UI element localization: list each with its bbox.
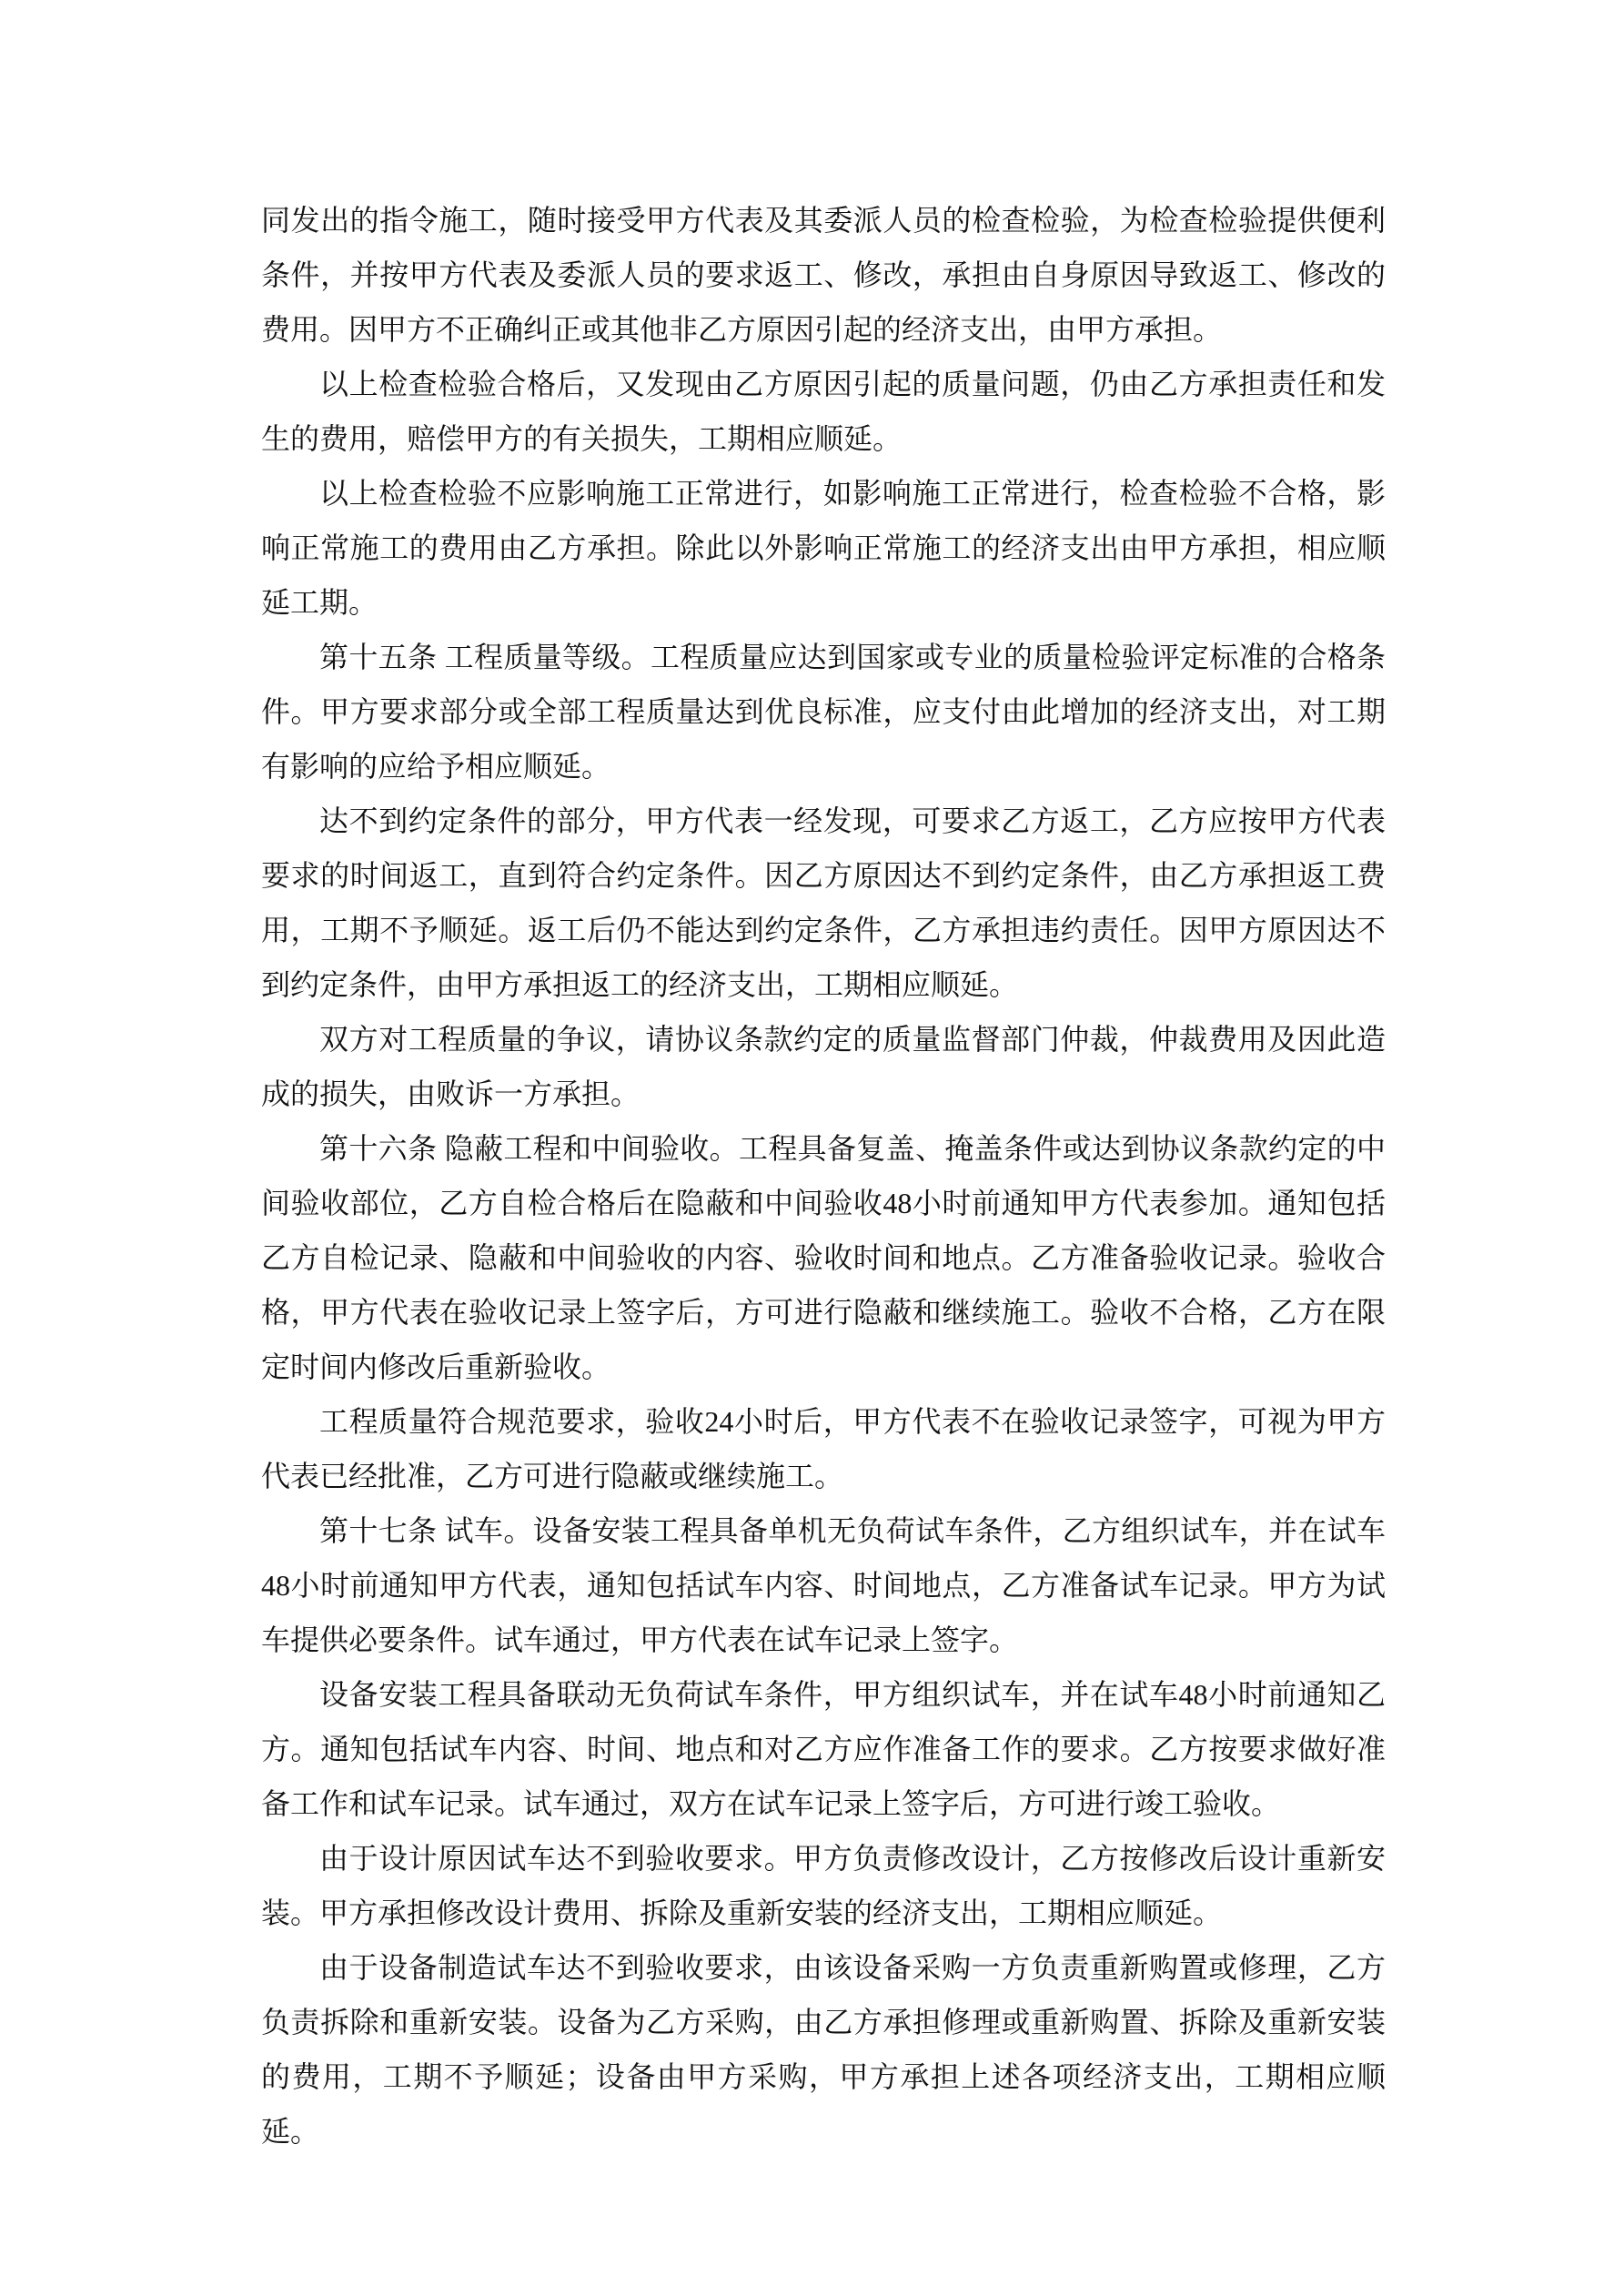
paragraph: 由于设计原因试车达不到验收要求。甲方负责修改设计，乙方按修改后设计重新安装。甲方… [261, 1831, 1386, 1940]
paragraph: 以上检查检验不应影响施工正常进行，如影响施工正常进行，检查检验不合格，影响正常施… [261, 466, 1386, 630]
paragraph: 由于设备制造试车达不到验收要求，由该设备采购一方负责重新购置或修理，乙方负责拆除… [261, 1940, 1386, 2159]
document-body: 同发出的指令施工，随时接受甲方代表及其委派人员的检查检验，为检查检验提供便利条件… [261, 193, 1386, 2159]
paragraph: 第十五条 工程质量等级。工程质量应达到国家或专业的质量检验评定标准的合格条件。甲… [261, 630, 1386, 794]
paragraph: 双方对工程质量的争议，请协议条款约定的质量监督部门仲裁，仲裁费用及因此造成的损失… [261, 1012, 1386, 1121]
paragraph: 以上检查检验合格后，又发现由乙方原因引起的质量问题，仍由乙方承担责任和发生的费用… [261, 357, 1386, 466]
paragraph: 第十六条 隐蔽工程和中间验收。工程具备复盖、掩盖条件或达到协议条款约定的中间验收… [261, 1121, 1386, 1394]
paragraph: 工程质量符合规范要求，验收24小时后，甲方代表不在验收记录签字，可视为甲方代表已… [261, 1394, 1386, 1503]
document-page: 同发出的指令施工，随时接受甲方代表及其委派人员的检查检验，为检查检验提供便利条件… [0, 0, 1624, 2296]
paragraph: 达不到约定条件的部分，甲方代表一经发现，可要求乙方返工，乙方应按甲方代表要求的时… [261, 794, 1386, 1012]
paragraph: 设备安装工程具备联动无负荷试车条件，甲方组织试车，并在试车48小时前通知乙方。通… [261, 1667, 1386, 1831]
paragraph: 第十七条 试车。设备安装工程具备单机无负荷试车条件，乙方组织试车，并在试车48小… [261, 1503, 1386, 1667]
paragraph: 同发出的指令施工，随时接受甲方代表及其委派人员的检查检验，为检查检验提供便利条件… [261, 193, 1386, 357]
